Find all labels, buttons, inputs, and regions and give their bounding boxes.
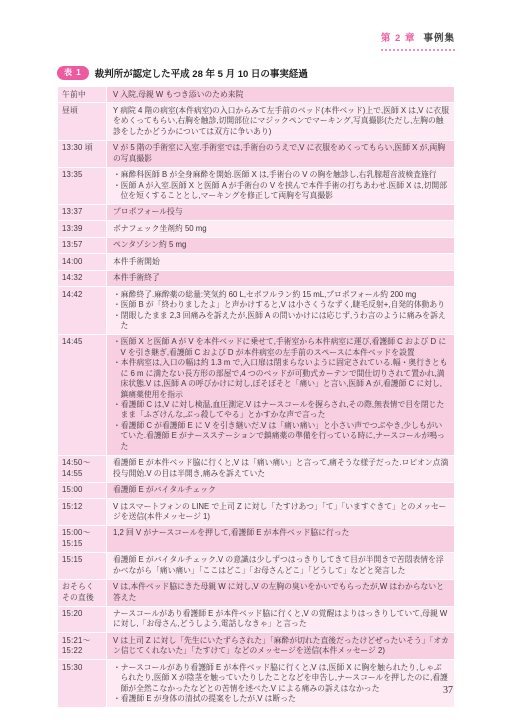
event-text: ・医師 B が「終わりましたよ」と声かけすると,V は小さくうなずく,睫毛反射+… — [113, 300, 449, 310]
event-cell: 看護師 E がバイタルチェック.V の意識は少しずつはっきりしてきて目が半開きで… — [107, 553, 454, 579]
event-text: V は,本件ベッド脇にきた母親 W に対し,V の左胸の臭いをかいでもらったが,… — [113, 582, 449, 603]
event-text: V が 5 階の手術室に入室.手術室では,手術台のうえで,V に衣服をめくっても… — [113, 143, 449, 164]
event-cell: V はスマートフォンの LINE で上司 Z に対し「たすけあつ」「て」「います… — [107, 499, 454, 525]
section-label: 事例集 — [423, 33, 455, 44]
event-cell: ナースコールがあり看護師 E が本件ベッド脇に行くと,V の覚醒はよりはっきりし… — [107, 607, 454, 633]
event-cell: V は,本件ベッド脇にきた母親 W に対し,V の左胸の臭いをかいでもらったが,… — [107, 580, 454, 606]
time-cell: 14:42 — [58, 287, 106, 334]
event-cell: ・ナースコールがあり看護師 E が本件ベッド脇に行くと,V は,医師 X に胸を… — [107, 660, 454, 707]
event-text: ・閉眼したまま 2,3 回痛みを訴えたが,医師 A の問いかけには応じず,うわ言… — [113, 311, 449, 332]
table-row: 15:20 ナースコールがあり看護師 E が本件ベッド脇に行くと,V の覚醒はよ… — [58, 607, 454, 633]
table-row: 14:42 ・麻酔終了.麻酔薬の総量:笑気約 60 L,セボフルラン約 15 m… — [58, 287, 454, 334]
table-row: 15:15 看護師 E がバイタルチェック.V の意識は少しずつはっきりしてきて… — [58, 553, 454, 579]
table-title: 裁判所が認定した平成 28 年 5 月 10 日の事実経過 — [95, 66, 308, 80]
time-cell: おそらく その直後 — [58, 580, 106, 606]
page-number: 37 — [443, 685, 453, 696]
event-text: 看護師 E が本件ベッド脇に行くと,V は「痛い痛い」と言って,痛そうな様子だっ… — [113, 458, 449, 479]
event-cell: 1,2 回 V がナースコールを押して,看護師 E が本件ベッド脇に行った — [107, 526, 454, 552]
time-cell: 14:50〜 14:55 — [58, 456, 106, 482]
table-row: 13:37 プロポフォール投与 — [58, 205, 454, 220]
event-cell: V 入院,母親 W もつき添いのため来院 — [107, 87, 454, 102]
time-cell: 15:00 — [58, 483, 106, 498]
event-text: ・本件病室は,入口の幅は約 1.3 m で,入口扉は閉まらないように固定されてい… — [113, 358, 449, 400]
time-cell: 13:35 — [58, 168, 106, 204]
table-row: 14:32 本件手術終了 — [58, 271, 454, 286]
table-row: おそらく その直後 V は,本件ベッド脇にきた母親 W に対し,V の左胸の臭い… — [58, 580, 454, 606]
time-cell: 13:30 頃 — [58, 141, 106, 167]
time-cell: 13:37 — [58, 205, 106, 220]
event-text: V は上司 Z に対し「先生にいたずらされた」「麻酔が切れた直後だったけどぜった… — [113, 636, 449, 657]
time-cell: 13:39 — [58, 221, 106, 236]
time-cell: 昼頃 — [58, 103, 106, 139]
event-text: ペンタゾシン約 5 mg — [113, 240, 449, 250]
event-text: Y 病院 4 階の病室(本件病室)の入口からみて左手前のベッド(本件ベッド)上で… — [113, 106, 449, 137]
time-cell: 13:57 — [58, 238, 106, 253]
table-row: 午前中 V 入院,母親 W もつき添いのため来院 — [58, 87, 454, 102]
time-cell: 14:32 — [58, 271, 106, 286]
chapter-label: 第 2 章 — [381, 33, 416, 44]
table-badge: 表 1 — [57, 66, 89, 80]
time-cell: 15:15 — [58, 553, 106, 579]
event-text: ・看護師 C は,V に対し検温,血圧測定.V はナースコールを握らされ,その際… — [113, 400, 449, 421]
event-cell: ペンタゾシン約 5 mg — [107, 238, 454, 253]
event-text: 看護師 E がバイタルチェック.V の意識は少しずつはっきりしてきて目が半開きで… — [113, 555, 449, 576]
table-row: 14:00 本件手術開始 — [58, 254, 454, 269]
event-cell: 本件手術終了 — [107, 271, 454, 286]
table-row: 15:00〜 15:15 1,2 回 V がナースコールを押して,看護師 E が… — [58, 526, 454, 552]
running-head: 第 2 章事例集 — [381, 30, 455, 51]
table-row: 13:35 ・麻酔科医師 B が全身麻酔を開始.医師 X は,手術台の V の胸… — [58, 168, 454, 204]
time-cell: 15:20 — [58, 607, 106, 633]
event-cell: 看護師 E がバイタルチェック — [107, 483, 454, 498]
event-cell: ・医師 X と医師 A が V を本件ベッドに乗せて,手術室から本件病室に運び,… — [107, 335, 454, 455]
event-cell: V が 5 階の手術室に入室.手術室では,手術台のうえで,V に衣服をめくっても… — [107, 141, 454, 167]
event-cell: 本件手術開始 — [107, 254, 454, 269]
event-text: 本件手術開始 — [113, 257, 449, 267]
document-page: 第 2 章事例集 表 1 裁判所が認定した平成 28 年 5 月 10 日の事実… — [0, 0, 509, 720]
time-cell: 15:21〜 15:22 — [58, 633, 106, 659]
event-text: ・看護師 E が身体の清拭の提案をしたが,V は断った — [113, 694, 449, 704]
time-cell: 15:00〜 15:15 — [58, 526, 106, 552]
event-text: ナースコールがあり看護師 E が本件ベッド脇に行くと,V の覚醒はよりはっきりし… — [113, 609, 449, 630]
table-head: 表 1 裁判所が認定した平成 28 年 5 月 10 日の事実経過 — [57, 66, 455, 80]
event-text: ・麻酔科医師 B が全身麻酔を開始.医師 X は,手術台の V の胸を触診し,右… — [113, 170, 449, 180]
event-text: ・麻酔終了.麻酔薬の総量:笑気約 60 L,セボフルラン約 15 mL,プロポフ… — [113, 290, 449, 300]
table-row: 15:21〜 15:22 V は上司 Z に対し「先生にいたずらされた」「麻酔が… — [58, 633, 454, 659]
event-cell: Y 病院 4 階の病室(本件病室)の入口からみて左手前のベッド(本件ベッド)上で… — [107, 103, 454, 139]
table-row: 昼頃 Y 病院 4 階の病室(本件病室)の入口からみて左手前のベッド(本件ベッド… — [58, 103, 454, 139]
table-row: 13:39 ボナフェック坐剤約 50 mg — [58, 221, 454, 236]
event-text: プロポフォール投与 — [113, 207, 449, 217]
time-cell: 午前中 — [58, 87, 106, 102]
event-cell: V は上司 Z に対し「先生にいたずらされた」「麻酔が切れた直後だったけどぜった… — [107, 633, 454, 659]
table-row: 13:30 頃 V が 5 階の手術室に入室.手術室では,手術台のうえで,V に… — [58, 141, 454, 167]
events-table-body: 午前中 V 入院,母親 W もつき添いのため来院 昼頃 Y 病院 4 階の病室(… — [58, 87, 454, 707]
event-text: ・医師 A が入室.医師 X と医師 A が手術台の V を挟んで本件手術の打ち… — [113, 181, 449, 202]
table-row: 13:57 ペンタゾシン約 5 mg — [58, 238, 454, 253]
event-text: 1,2 回 V がナースコールを押して,看護師 E が本件ベッド脇に行った — [113, 528, 449, 538]
table-row: 14:50〜 14:55 看護師 E が本件ベッド脇に行くと,V は「痛い痛い」… — [58, 456, 454, 482]
time-cell: 14:00 — [58, 254, 106, 269]
table-row: 15:00 看護師 E がバイタルチェック — [58, 483, 454, 498]
time-cell: 15:12 — [58, 499, 106, 525]
event-text: ボナフェック坐剤約 50 mg — [113, 224, 449, 234]
event-cell: ・麻酔終了.麻酔薬の総量:笑気約 60 L,セボフルラン約 15 mL,プロポフ… — [107, 287, 454, 334]
event-text: ・ナースコールがあり看護師 E が本件ベッド脇に行くと,V は,医師 X に胸を… — [113, 663, 449, 694]
event-cell: 看護師 E が本件ベッド脇に行くと,V は「痛い痛い」と言って,痛そうな様子だっ… — [107, 456, 454, 482]
event-text: 看護師 E がバイタルチェック — [113, 485, 449, 495]
table-row: 15:30 ・ナースコールがあり看護師 E が本件ベッド脇に行くと,V は,医師… — [58, 660, 454, 707]
event-text: 本件手術終了 — [113, 273, 449, 283]
time-cell: 14:45 — [58, 335, 106, 455]
event-text: V はスマートフォンの LINE で上司 Z に対し「たすけあつ」「て」「います… — [113, 502, 449, 523]
event-cell: ・麻酔科医師 B が全身麻酔を開始.医師 X は,手術台の V の胸を触診し,右… — [107, 168, 454, 204]
event-cell: プロポフォール投与 — [107, 205, 454, 220]
events-table: 午前中 V 入院,母親 W もつき添いのため来院 昼頃 Y 病院 4 階の病室(… — [57, 86, 455, 708]
table-row: 15:12 V はスマートフォンの LINE で上司 Z に対し「たすけあつ」「… — [58, 499, 454, 525]
event-text: ・医師 X と医師 A が V を本件ベッドに乗せて,手術室から本件病室に運び,… — [113, 337, 449, 358]
time-cell: 15:30 — [58, 660, 106, 707]
event-text: ・看護師 C が看護師 E に V を引き継いだ.V は「痛い痛い」と小さい声で… — [113, 421, 449, 452]
table-row: 14:45 ・医師 X と医師 A が V を本件ベッドに乗せて,手術室から本件… — [58, 335, 454, 455]
events-table-wrap: 午前中 V 入院,母親 W もつき添いのため来院 昼頃 Y 病院 4 階の病室(… — [57, 86, 455, 708]
event-text: V 入院,母親 W もつき添いのため来院 — [113, 90, 449, 100]
event-cell: ボナフェック坐剤約 50 mg — [107, 221, 454, 236]
